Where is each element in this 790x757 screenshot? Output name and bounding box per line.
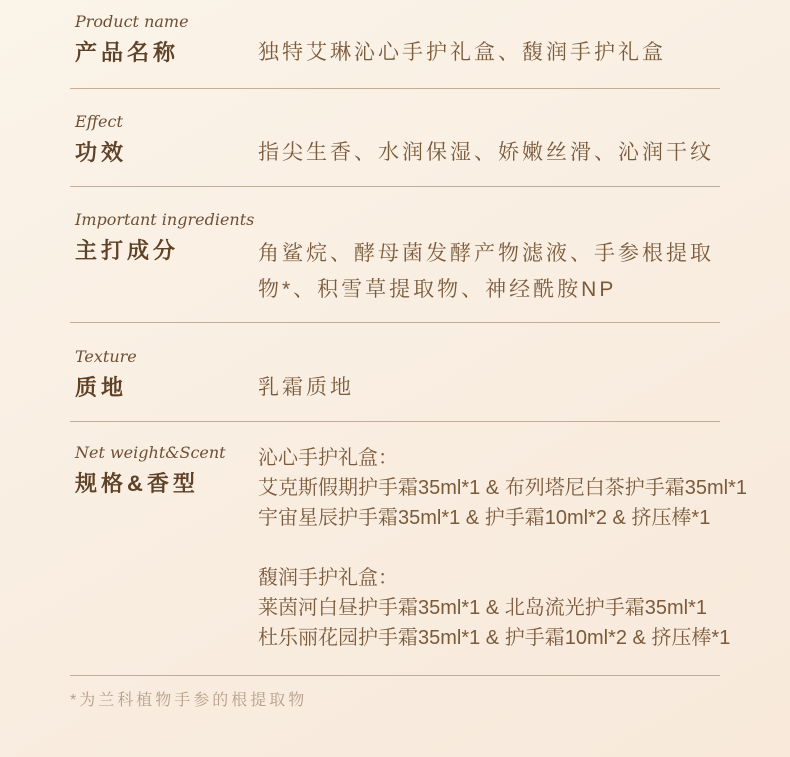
label-en-ingredients: Important ingredients	[75, 210, 258, 230]
row-label-texture: Texture 质地	[70, 347, 258, 403]
spec-line: 艾克斯假期护手霜35ml*1 & 布列塔尼白茶护手霜35ml*1	[258, 473, 747, 503]
value-effect: 指尖生香、水润保湿、娇嫩丝滑、沁润干纹	[258, 138, 720, 168]
label-zh-ingredients: 主打成分	[75, 236, 258, 266]
footnote: *为兰科植物手参的根提取物	[70, 676, 720, 712]
value-weight-scent: 沁心手护礼盒： 艾克斯假期护手霜35ml*1 & 布列塔尼白茶护手霜35ml*1…	[258, 443, 747, 653]
value-product-name: 独特艾琳沁心手护礼盒、馥润手护礼盒	[258, 38, 720, 68]
value-ingredients: 角鲨烷、酵母菌发酵产物滤液、手参根提取物*、积雪草提取物、神经酰胺NP	[258, 236, 720, 308]
label-en-texture: Texture	[75, 347, 258, 367]
spec-row-ingredients: Important ingredients 主打成分 角鲨烷、酵母菌发酵产物滤液…	[70, 187, 720, 323]
row-label-weight-scent: Net weight&Scent 规格&香型	[70, 443, 258, 653]
row-label-product-name: Product name 产品名称	[70, 12, 258, 68]
row-label-effect: Effect 功效	[70, 112, 258, 168]
product-spec-sheet: Product name 产品名称 独特艾琳沁心手护礼盒、馥润手护礼盒 Effe…	[0, 0, 790, 757]
spec-group-furun: 馥润手护礼盒： 莱茵河白昼护手霜35ml*1 & 北岛流光护手霜35ml*1 杜…	[258, 563, 747, 653]
spec-row-texture: Texture 质地 乳霜质地	[70, 323, 720, 422]
spec-line: 莱茵河白昼护手霜35ml*1 & 北岛流光护手霜35ml*1	[258, 593, 747, 623]
label-zh-effect: 功效	[75, 138, 258, 168]
spec-row-effect: Effect 功效 指尖生香、水润保湿、娇嫩丝滑、沁润干纹	[70, 89, 720, 187]
spec-line: 杜乐丽花园护手霜35ml*1 & 护手霜10ml*2 & 挤压棒*1	[258, 623, 747, 653]
spec-group-title: 馥润手护礼盒：	[258, 563, 747, 593]
value-texture: 乳霜质地	[258, 373, 720, 403]
spec-row-product-name: Product name 产品名称 独特艾琳沁心手护礼盒、馥润手护礼盒	[70, 0, 720, 89]
spec-group-qinxin: 沁心手护礼盒： 艾克斯假期护手霜35ml*1 & 布列塔尼白茶护手霜35ml*1…	[258, 443, 747, 533]
spec-row-weight-scent: Net weight&Scent 规格&香型 沁心手护礼盒： 艾克斯假期护手霜3…	[70, 422, 720, 676]
label-en-product-name: Product name	[75, 12, 258, 32]
label-zh-weight-scent: 规格&香型	[75, 469, 258, 499]
label-en-weight-scent: Net weight&Scent	[75, 443, 258, 463]
label-en-effect: Effect	[75, 112, 258, 132]
row-label-ingredients: Important ingredients 主打成分	[70, 210, 258, 308]
label-zh-product-name: 产品名称	[75, 38, 258, 68]
spec-table: Product name 产品名称 独特艾琳沁心手护礼盒、馥润手护礼盒 Effe…	[70, 0, 720, 712]
label-zh-texture: 质地	[75, 373, 258, 403]
spec-line: 宇宙星辰护手霜35ml*1 & 护手霜10ml*2 & 挤压棒*1	[258, 503, 747, 533]
spec-group-title: 沁心手护礼盒：	[258, 443, 747, 473]
